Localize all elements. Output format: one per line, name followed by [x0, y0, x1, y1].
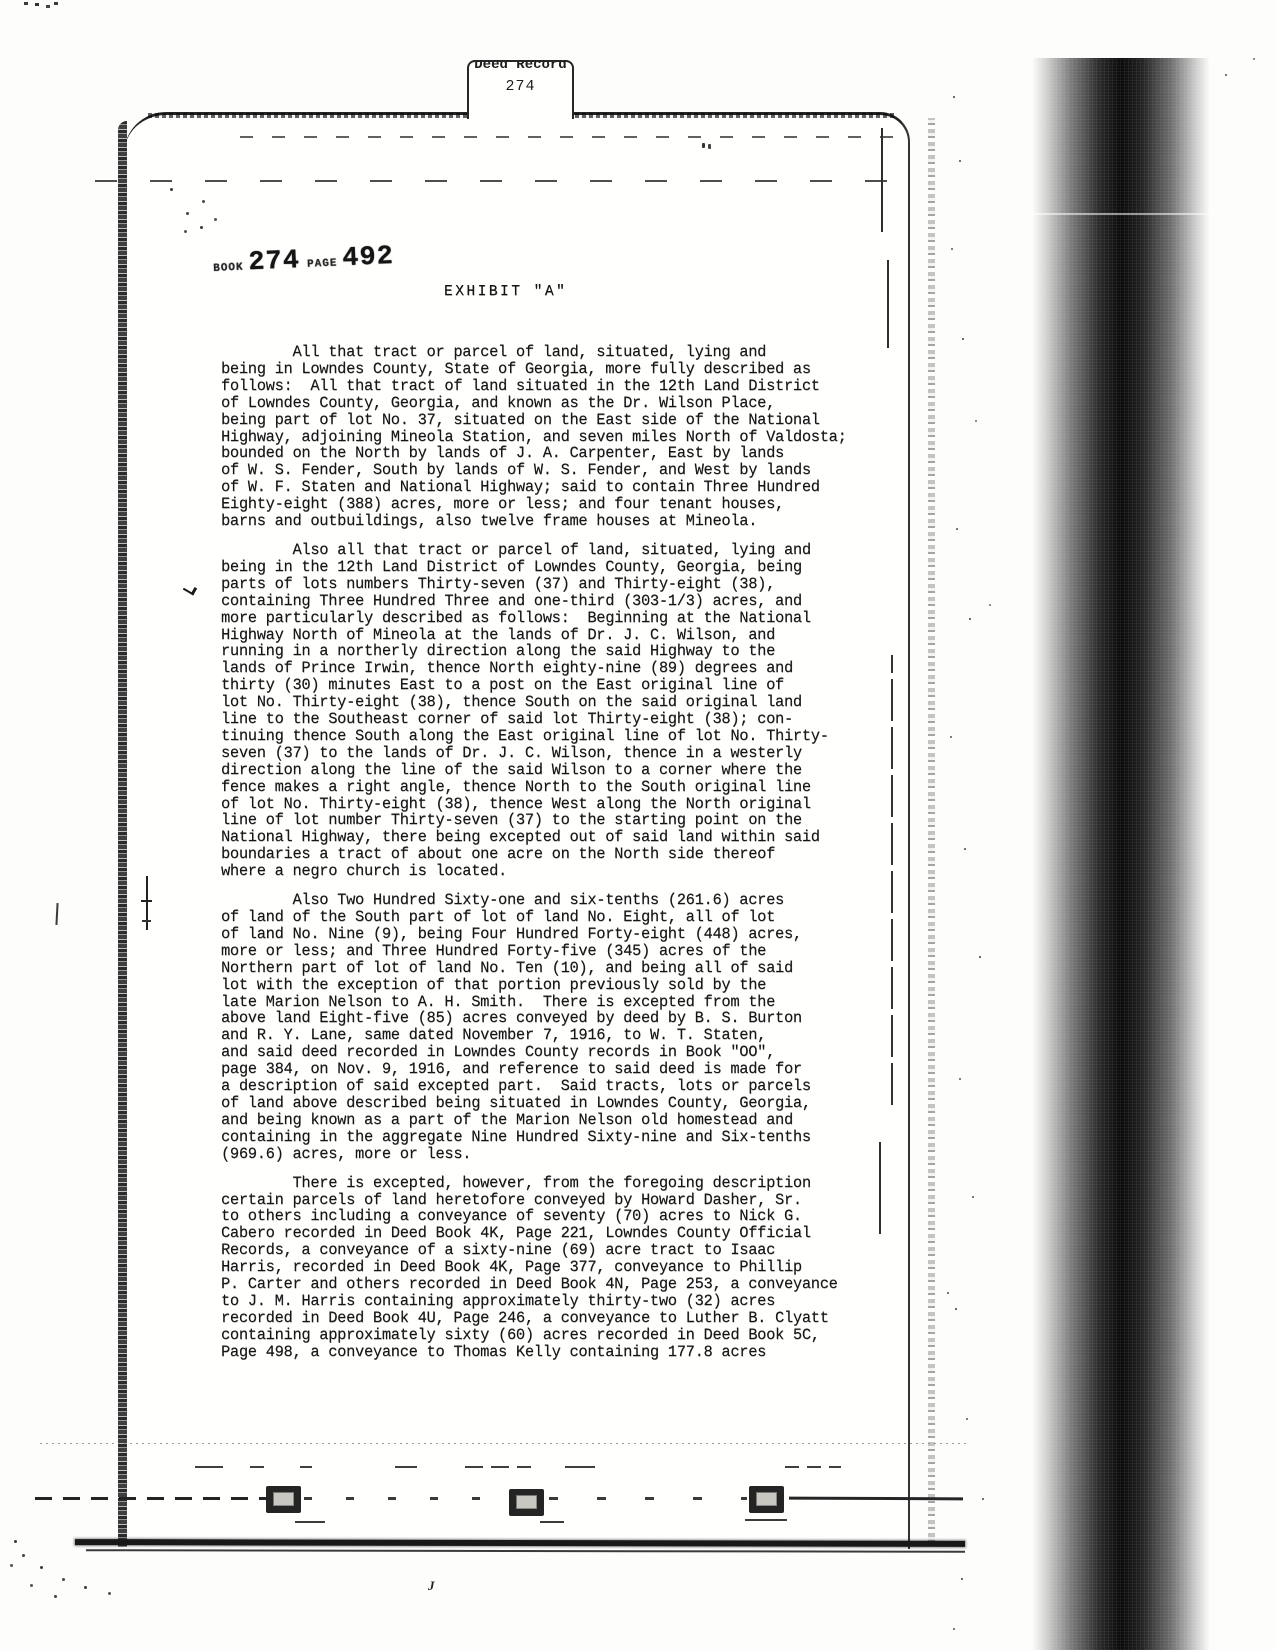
broken-scan-line-upper — [240, 136, 896, 138]
binder-grommet — [509, 1489, 544, 1516]
sheet-bottom-border-secondary — [86, 1549, 965, 1553]
binder-grommet-hole — [516, 1495, 537, 1509]
right-margin-rule-segment — [879, 1142, 881, 1234]
left-margin-dash-mark — [55, 903, 58, 925]
scan-speckle-cluster — [170, 188, 173, 191]
left-edge-scan-grain — [118, 121, 127, 1547]
right-margin-rule-segment — [887, 260, 889, 348]
bottom-dash-mark — [300, 1466, 312, 1468]
deed-body-text: All that tract or parcel of land, situat… — [221, 344, 871, 1373]
paragraph-tract-three: Also Two Hundred Sixty-one and six-tenth… — [221, 892, 871, 1163]
bottom-dash-mark — [395, 1466, 417, 1468]
right-margin-rule-segment — [881, 128, 883, 232]
scan-speckle-top-left — [24, 2, 28, 5]
fastener-rule-segment — [304, 1497, 507, 1500]
binder-grommet-hole — [273, 1492, 294, 1506]
spine-band-white-scratch — [1032, 213, 1210, 215]
paragraph-tract-two: Also all that tract or parcel of land, s… — [221, 542, 871, 880]
book-number: 274 — [248, 246, 301, 278]
bottom-dotted-rule — [40, 1443, 970, 1444]
scan-speckle-top-center — [702, 143, 705, 148]
bottom-dash-mark — [195, 1466, 223, 1468]
deed-record-tab: Deed Record 274 — [467, 60, 574, 119]
under-grommet-dash — [295, 1521, 325, 1523]
bottom-dash-mark — [565, 1466, 595, 1468]
binder-grommet — [749, 1486, 784, 1513]
scan-speckle-right-column — [953, 96, 955, 98]
scanned-deed-page: Deed Record 274 BOOK 274 PAGE 492 EXHIBI… — [0, 0, 1275, 1650]
broken-scan-line-lower — [95, 180, 907, 182]
stray-j-mark: J — [428, 1578, 435, 1594]
paragraph-exceptions: There is excepted, however, from the for… — [221, 1175, 871, 1361]
scan-speckle-bottom-left — [14, 1540, 17, 1543]
deed-record-tab-title-clipped: Deed Record — [469, 62, 572, 77]
under-grommet-dash — [540, 1521, 564, 1523]
right-margin-rule-segment — [891, 655, 893, 1105]
binder-grommet-hole — [756, 1492, 777, 1506]
under-grommet-dash — [745, 1519, 787, 1521]
margin-cross-mark — [146, 876, 148, 930]
bottom-dash-mark — [465, 1466, 531, 1468]
book-label: BOOK — [213, 262, 244, 275]
bottom-dash-mark — [785, 1466, 841, 1468]
page-label: PAGE — [307, 258, 338, 271]
paragraph-tract-one: All that tract or parcel of land, situat… — [221, 344, 871, 530]
bottom-dash-mark — [250, 1466, 264, 1468]
fastener-rule-segment — [549, 1497, 747, 1500]
deed-record-label: Deed Record — [469, 62, 572, 74]
page-number: 492 — [342, 242, 395, 274]
binder-grommet — [266, 1486, 301, 1513]
scanner-spine-shadow-band — [1032, 58, 1210, 1650]
exhibit-heading: EXHIBIT "A" — [444, 284, 567, 300]
right-edge-scan-grain — [928, 118, 935, 1542]
deed-record-volume-number: 274 — [469, 79, 572, 95]
fastener-rule-segment — [35, 1497, 266, 1500]
